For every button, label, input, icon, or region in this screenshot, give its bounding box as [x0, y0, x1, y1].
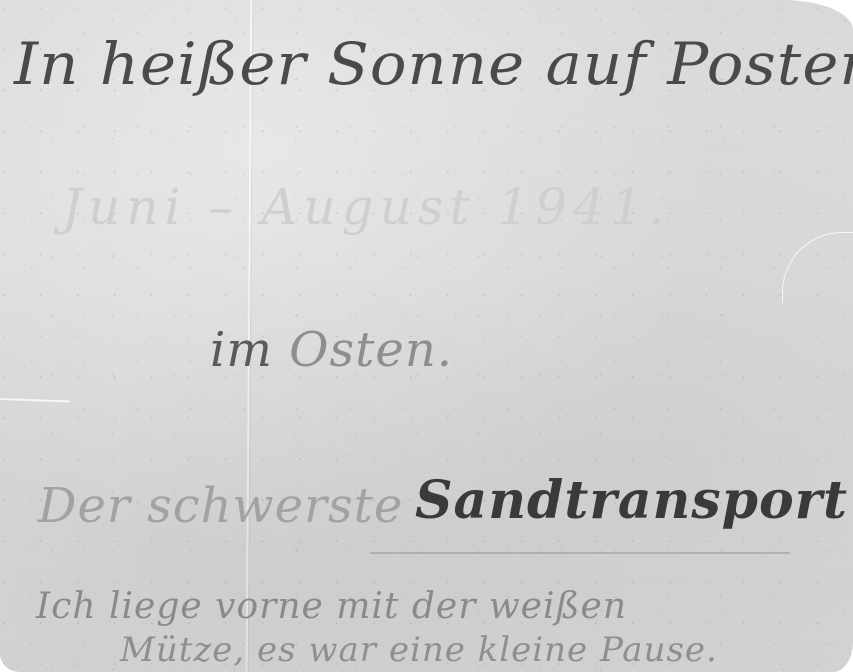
caption-line-2-date-faded: Juni – August 1941. [62, 178, 671, 236]
caption-line-5: Ich liege vorne mit der weißen [36, 586, 627, 627]
ghost-underline [370, 552, 790, 554]
caption-line-6: Mütze, es war eine kleine Pause. [120, 630, 718, 670]
caption-line-4-overwritten-word: Sandtransport [415, 470, 848, 531]
handwritten-card: In heißer Sonne auf Posten. Juni – Augus… [0, 0, 853, 672]
caption-line-3-prefix: im [210, 322, 273, 378]
caption-line-1: In heißer Sonne auf Posten. [14, 30, 853, 98]
caption-line-3: im Osten. [210, 322, 453, 378]
caption-line-4-prefix: Der schwerste [38, 478, 403, 534]
caption-line-3-word: Osten. [289, 322, 453, 378]
